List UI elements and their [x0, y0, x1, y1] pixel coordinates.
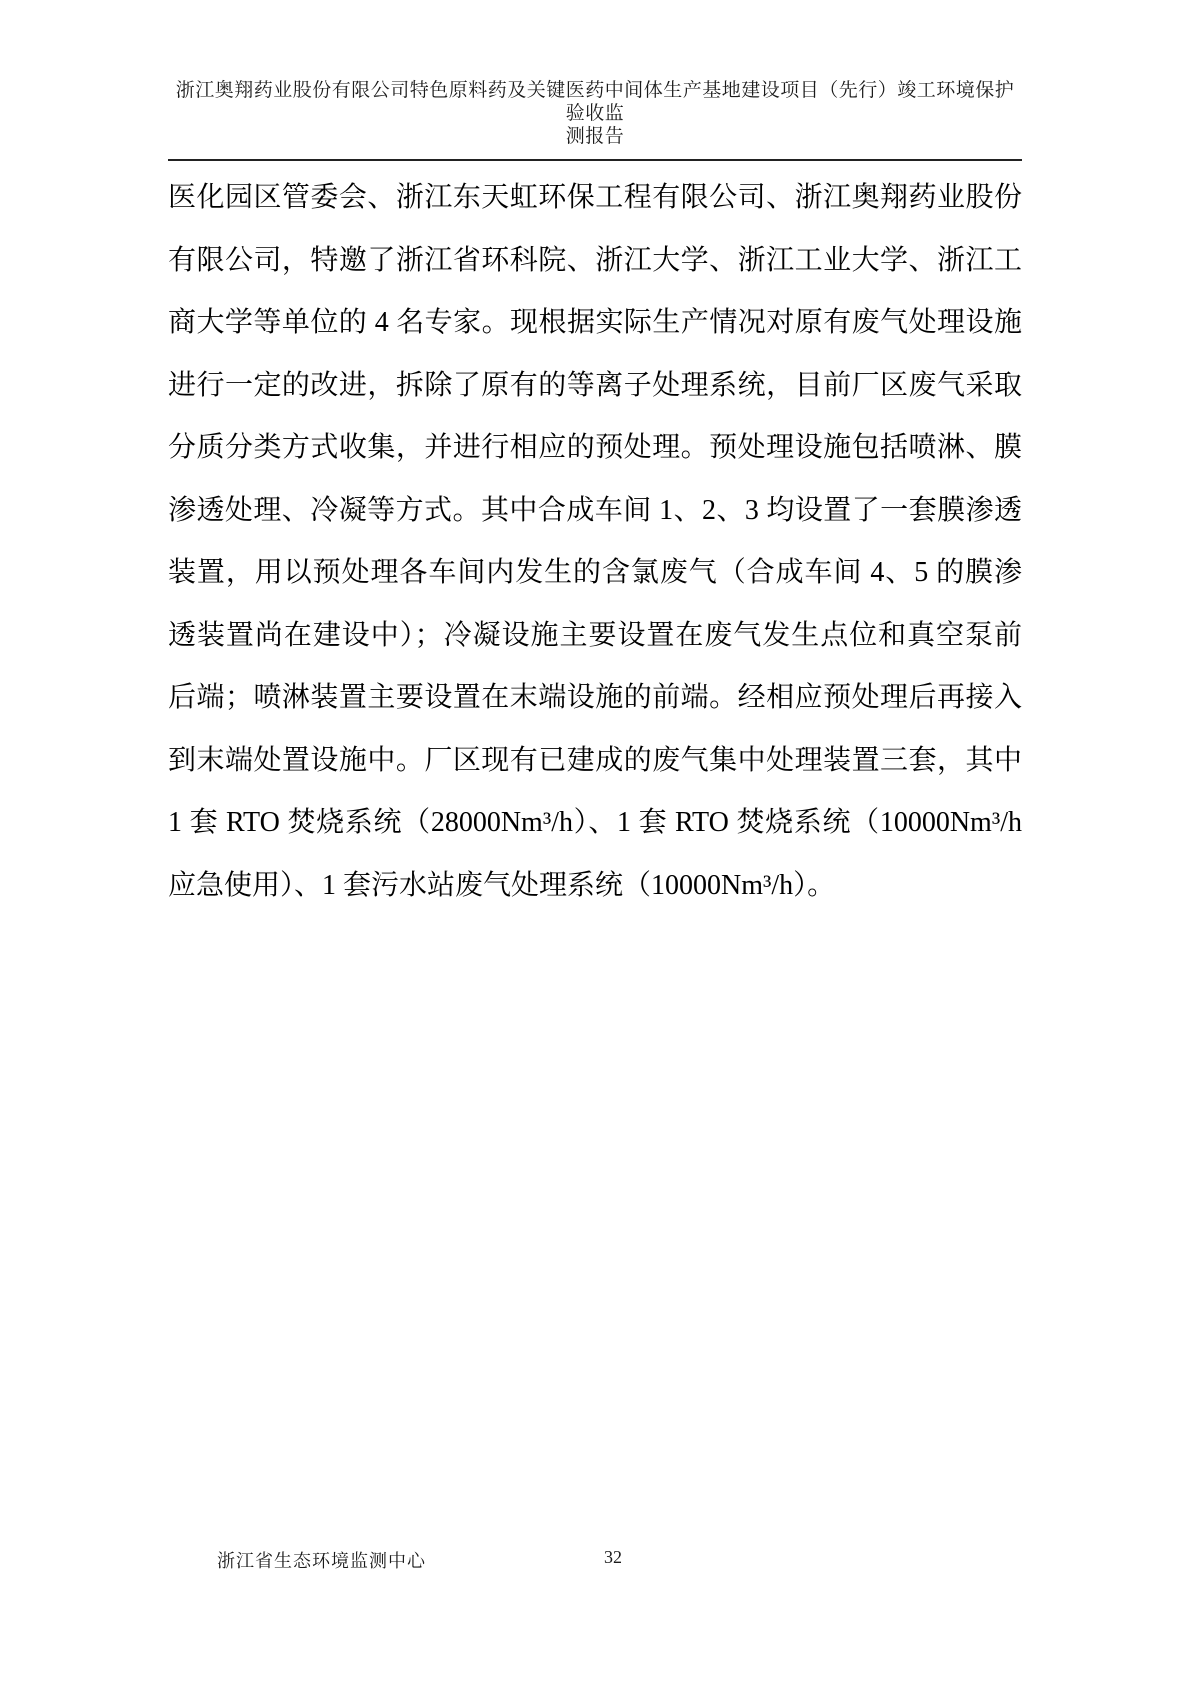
body-text-line: 1 套 RTO 焚烧系统（28000Nm³/h）、1 套 RTO 焚烧系统（10… [168, 792, 1022, 855]
document-body: 医化园区管委会、浙江东天虹环保工程有限公司、浙江奥翔药业股份 有限公司，特邀了浙… [168, 167, 1022, 917]
body-text-line: 到末端处置设施中。厂区现有已建成的废气集中处理装置三套，其中 [168, 730, 1022, 793]
body-text-line: 渗透处理、冷凝等方式。其中合成车间 1、2、3 均设置了一套膜渗透 [168, 480, 1022, 543]
body-text-line: 分质分类方式收集，并进行相应的预处理。预处理设施包括喷淋、膜 [168, 417, 1022, 480]
header-title-line-2: 测报告 [168, 125, 1022, 148]
body-text-line: 后端；喷淋装置主要设置在末端设施的前端。经相应预处理后再接入 [168, 667, 1022, 730]
body-text-line: 透装置尚在建设中）；冷凝设施主要设置在废气发生点位和真空泵前 [168, 605, 1022, 668]
body-text-line: 应急使用）、1 套污水站废气处理系统（10000Nm³/h）。 [168, 855, 1022, 918]
footer-page-number: 32 [604, 1547, 622, 1568]
page-header: 浙江奥翔药业股份有限公司特色原料药及关键医药中间体生产基地建设项目（先行）竣工环… [168, 0, 1022, 161]
body-text-line: 商大学等单位的 4 名专家。现根据实际生产情况对原有废气处理设施 [168, 292, 1022, 355]
body-text-line: 有限公司，特邀了浙江省环科院、浙江大学、浙江工业大学、浙江工 [168, 230, 1022, 293]
page-footer: 浙江省生态环境监测中心 32 [0, 1547, 1190, 1571]
document-page: 浙江奥翔药业股份有限公司特色原料药及关键医药中间体生产基地建设项目（先行）竣工环… [0, 0, 1190, 1683]
header-title-line-1: 浙江奥翔药业股份有限公司特色原料药及关键医药中间体生产基地建设项目（先行）竣工环… [168, 79, 1022, 125]
body-text-line: 装置，用以预处理各车间内发生的含氯废气（合成车间 4、5 的膜渗 [168, 542, 1022, 605]
body-text-line: 医化园区管委会、浙江东天虹环保工程有限公司、浙江奥翔药业股份 [168, 167, 1022, 230]
footer-organization: 浙江省生态环境监测中心 [217, 1547, 426, 1573]
body-text-line: 进行一定的改进，拆除了原有的等离子处理系统，目前厂区废气采取 [168, 355, 1022, 418]
